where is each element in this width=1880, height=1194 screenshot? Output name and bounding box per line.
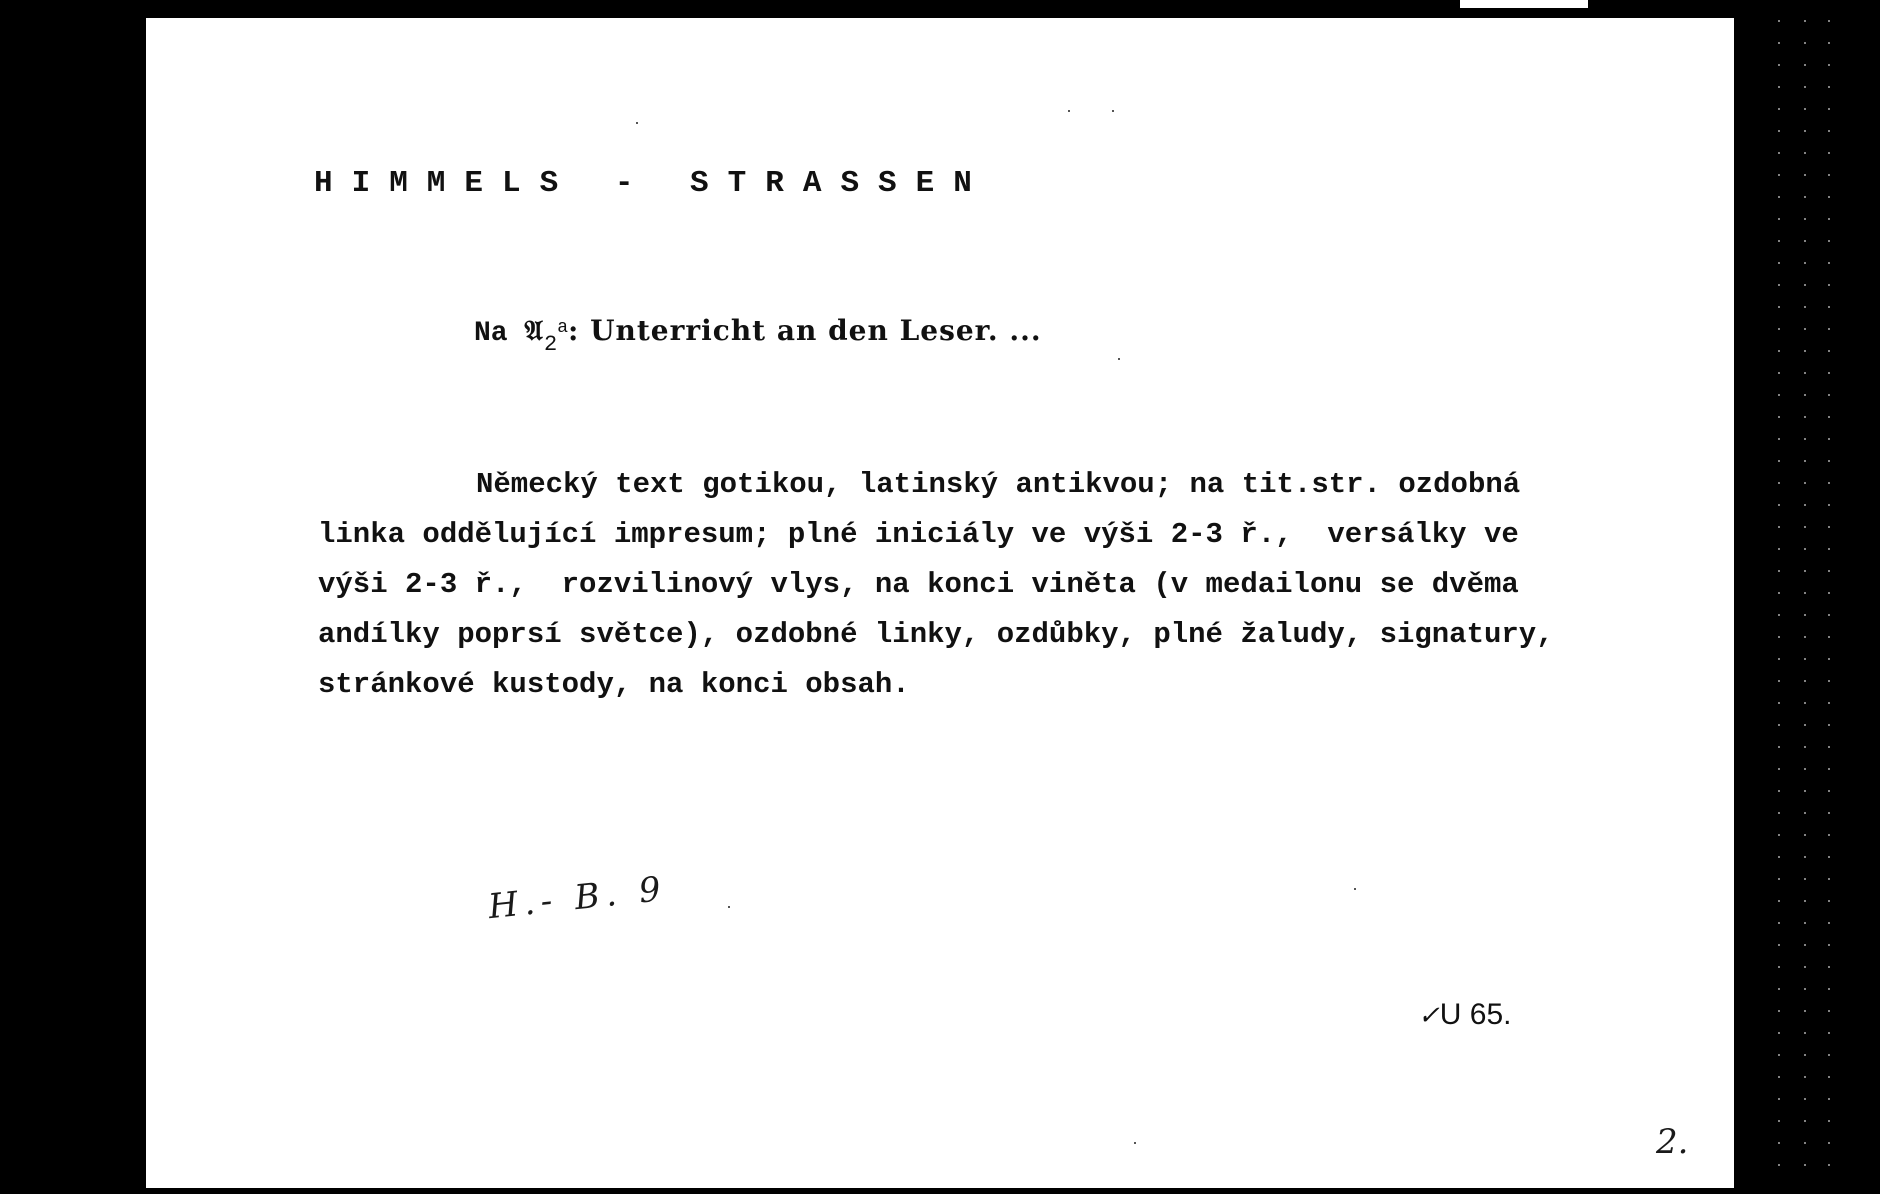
card-number-text: U 65. (1440, 998, 1512, 1031)
description-paragraph: Německý text gotikou, latinský antikvou;… (318, 460, 1554, 710)
scan-speck (1134, 1142, 1136, 1144)
reference-prefix: Na (474, 318, 524, 349)
check-mark-icon: ✓ (1418, 1001, 1440, 1031)
signature-superscript: a (557, 318, 568, 338)
scan-speck (636, 122, 638, 124)
scan-noise (1804, 20, 1806, 1170)
card-title: HIMMELS - STRASSEN (314, 166, 991, 201)
signature-subscript: 2 (544, 332, 557, 357)
description-line: andílky poprsí světce), ozdobné linky, o… (318, 610, 1554, 660)
fraktur-heading: : Unterricht an den Leser. ... (568, 314, 1042, 347)
reference-line: Na 𝔄2a: Unterricht an den Leser. ... (474, 314, 1042, 357)
description-line: Německý text gotikou, latinský antikvou;… (318, 460, 1554, 510)
scan-noise (1828, 20, 1830, 1170)
description-line: výši 2-3 ř., rozvilinový vlys, na konci … (318, 560, 1554, 610)
signature-glyph: 𝔄 (524, 314, 544, 347)
scan-speck (1354, 888, 1356, 890)
catalogue-card: HIMMELS - STRASSEN Na 𝔄2a: Unterricht an… (146, 18, 1734, 1188)
scan-noise (1778, 20, 1780, 1170)
card-number: ✓U 65. (1418, 998, 1512, 1032)
scanned-page: HIMMELS - STRASSEN Na 𝔄2a: Unterricht an… (0, 0, 1880, 1194)
description-line: stránkové kustody, na konci obsah. (318, 660, 1554, 710)
scan-speck (1068, 110, 1070, 112)
scanner-border (1734, 0, 1880, 1194)
scan-speck (1118, 358, 1120, 360)
scan-speck (728, 906, 730, 908)
scan-speck (1112, 110, 1114, 112)
card-edge (1460, 0, 1588, 8)
handwritten-page-mark: 2. (1656, 1122, 1688, 1162)
handwritten-shelfmark: H.- B. 9 (486, 869, 668, 927)
description-line: linka oddělující impresum; plné iniciály… (318, 510, 1554, 560)
